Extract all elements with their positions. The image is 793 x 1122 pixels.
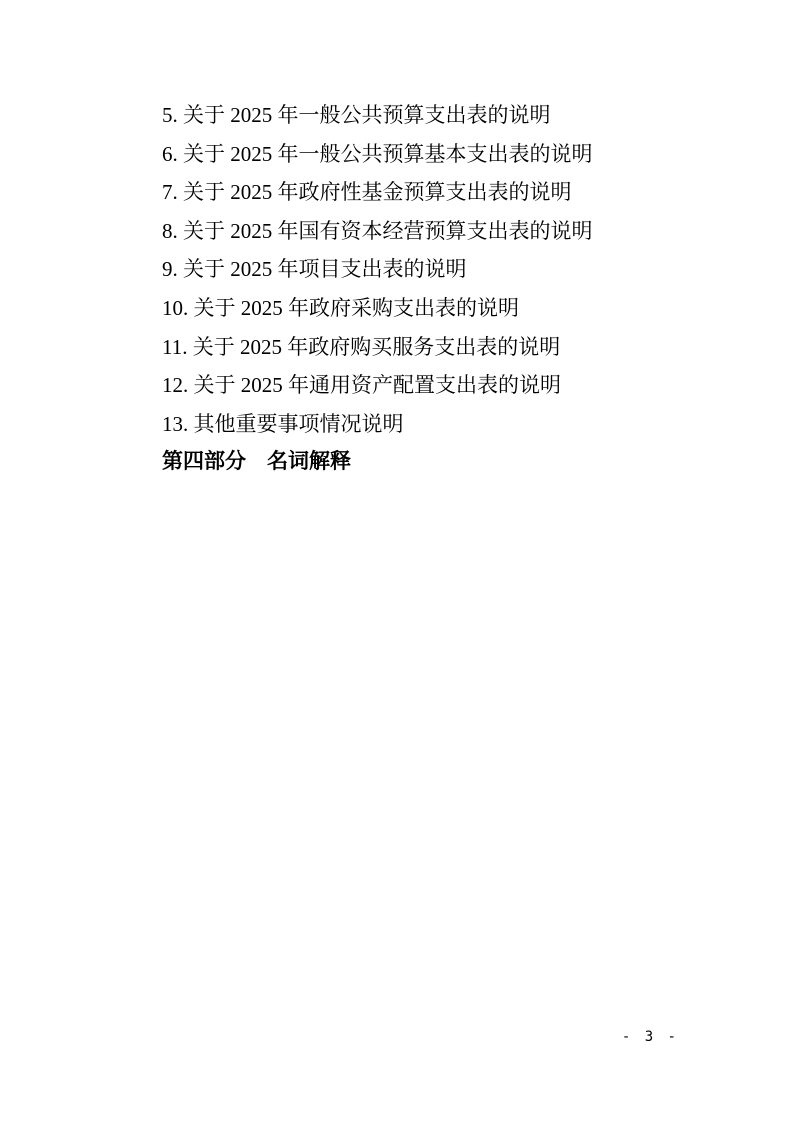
toc-item: 8. 关于 2025 年国有资本经营预算支出表的说明: [120, 212, 675, 251]
page-content: 5. 关于 2025 年一般公共预算支出表的说明 6. 关于 2025 年一般公…: [120, 96, 675, 482]
toc-item: 11. 关于 2025 年政府购买服务支出表的说明: [120, 328, 675, 367]
document-page: 5. 关于 2025 年一般公共预算支出表的说明 6. 关于 2025 年一般公…: [0, 0, 793, 1122]
toc-item: 7. 关于 2025 年政府性基金预算支出表的说明: [120, 173, 675, 212]
toc-item: 13. 其他重要事项情况说明: [120, 405, 675, 444]
toc-item: 12. 关于 2025 年通用资产配置支出表的说明: [120, 366, 675, 405]
toc-item: 9. 关于 2025 年项目支出表的说明: [120, 250, 675, 289]
toc-item: 5. 关于 2025 年一般公共预算支出表的说明: [120, 96, 675, 135]
toc-item: 6. 关于 2025 年一般公共预算基本支出表的说明: [120, 135, 675, 174]
section-heading: 第四部分 名词解释: [120, 443, 675, 482]
page-number: - 3 -: [622, 1029, 679, 1045]
toc-item: 10. 关于 2025 年政府采购支出表的说明: [120, 289, 675, 328]
